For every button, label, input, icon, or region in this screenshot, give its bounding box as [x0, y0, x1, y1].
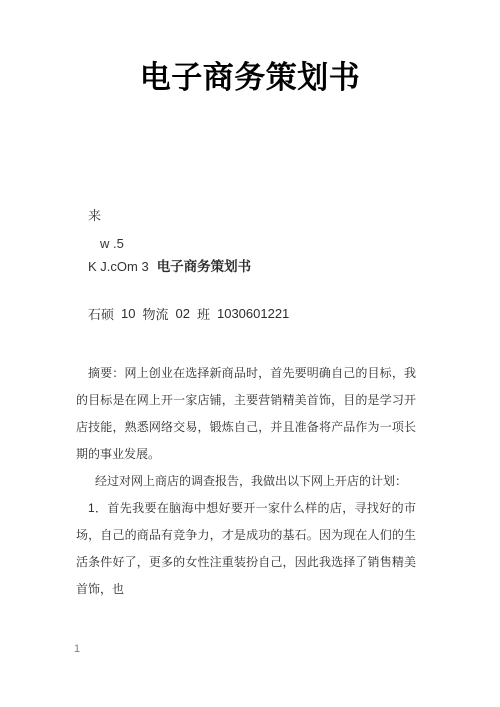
meta-line-3-subtitle: 电子商务策划书: [157, 259, 252, 274]
author-name: 石硕: [88, 307, 114, 322]
author-student-id: 1030601221: [217, 306, 289, 321]
author-grade: 10: [121, 306, 135, 321]
paragraph-plan-item-1: 1．首先我要在脑海中想好要开一家什么样的店，寻找好的市场，自己的商品有竞争力，才…: [76, 495, 416, 603]
author-line: 石硕10物流02班1030601221: [88, 307, 289, 323]
paragraph-plan-intro: 经过对网上商店的调查报告，我做出以下网上开店的计划：: [76, 468, 416, 495]
author-major: 物流: [142, 307, 168, 322]
meta-line-2: w .5: [100, 236, 124, 252]
page-number: 1: [74, 642, 80, 656]
paragraph-abstract: 摘要：网上创业在选择新商品时，首先要明确自己的目标，我的目标是在网上开一家店铺，…: [76, 360, 416, 468]
meta-line-3: K J.cOm 3电子商务策划书: [88, 259, 251, 275]
document-title: 电子商务策划书: [0, 58, 500, 98]
author-class-number: 02: [176, 306, 190, 321]
document-page: 电子商务策划书 来 w .5 K J.cOm 3电子商务策划书 石硕10物流02…: [0, 0, 500, 707]
author-class-label: 班: [197, 307, 210, 322]
document-body: 摘要：网上创业在选择新商品时，首先要明确自己的目标，我的目标是在网上开一家店铺，…: [76, 360, 416, 603]
meta-line-1: 来: [88, 208, 101, 224]
meta-line-3-latin: K J.cOm 3: [88, 259, 149, 274]
